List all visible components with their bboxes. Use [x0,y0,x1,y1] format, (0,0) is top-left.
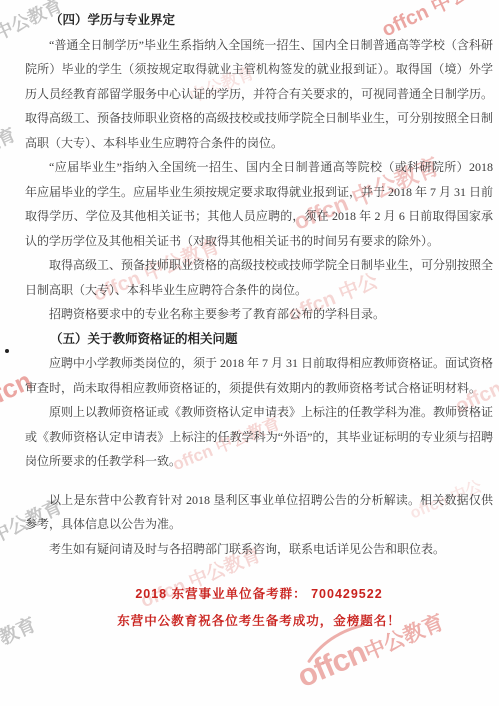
paragraph-fulltime-degree-definition: “普通全日制学历”毕业生系指纳入全国统一招生、国内全日制普通高等学校（含科研院所… [25,33,493,156]
paragraph-fresh-graduate-definition: “应届毕业生”指纳入全国统一招生、国内全日制普通高等院校（或科研院所）2018 … [25,155,493,253]
paragraph-teacher-cert-subject: 原则上以教师资格证或《教师资格认定申请表》上标注的任教学科为准。教师资格证或《教… [25,400,493,474]
paragraph-contact-info: 考生如有疑问请及时与各招聘部门联系咨询，联系电话详见公告和职位表。 [25,537,493,562]
section-5-heading: （五）关于教师资格证的相关问题 [25,327,493,352]
footer-promo: 2018 东营事业单位备考群： 700429522 东营中公教育祝各位考生备考成… [25,581,493,635]
stray-dot [5,349,9,353]
offcn-logo-text: offcn [292,634,371,694]
paragraph-teacher-cert-deadline: 应聘中小学教师类岗位的，须于 2018 年 7 月 31 日前取得相应教师资格证… [25,351,493,400]
paragraph-senior-technician: 取得高级工、预备技师职业资格的高级技校或技师学院全日制毕业生，可分别按照全日制高… [25,253,493,302]
document-content: （四）学历与专业界定 “普通全日制学历”毕业生系指纳入全国统一招生、国内全日制普… [0,0,499,635]
footer-wish-line: 东营中公教育祝各位考生备考成功，金榜题名！ [25,608,493,635]
paragraph-major-catalog: 招聘资格要求中的专业名称主要参考了教育部公布的学科目录。 [25,302,493,327]
document-page: 中公教育 offcn 中公 中公教育 教育 offcn 中公教育 offcn 中… [0,0,499,706]
paragraph-disclaimer: 以上是东营中公教育针对 2018 垦利区事业单位招聘公告的分析解读。相关数据仅供… [25,488,493,537]
footer-qq-group-line: 2018 东营事业单位备考群： 700429522 [25,581,493,608]
section-4-heading: （四）学历与专业界定 [25,8,493,33]
closing-block: 以上是东营中公教育针对 2018 垦利区事业单位招聘公告的分析解读。相关数据仅供… [25,488,493,562]
